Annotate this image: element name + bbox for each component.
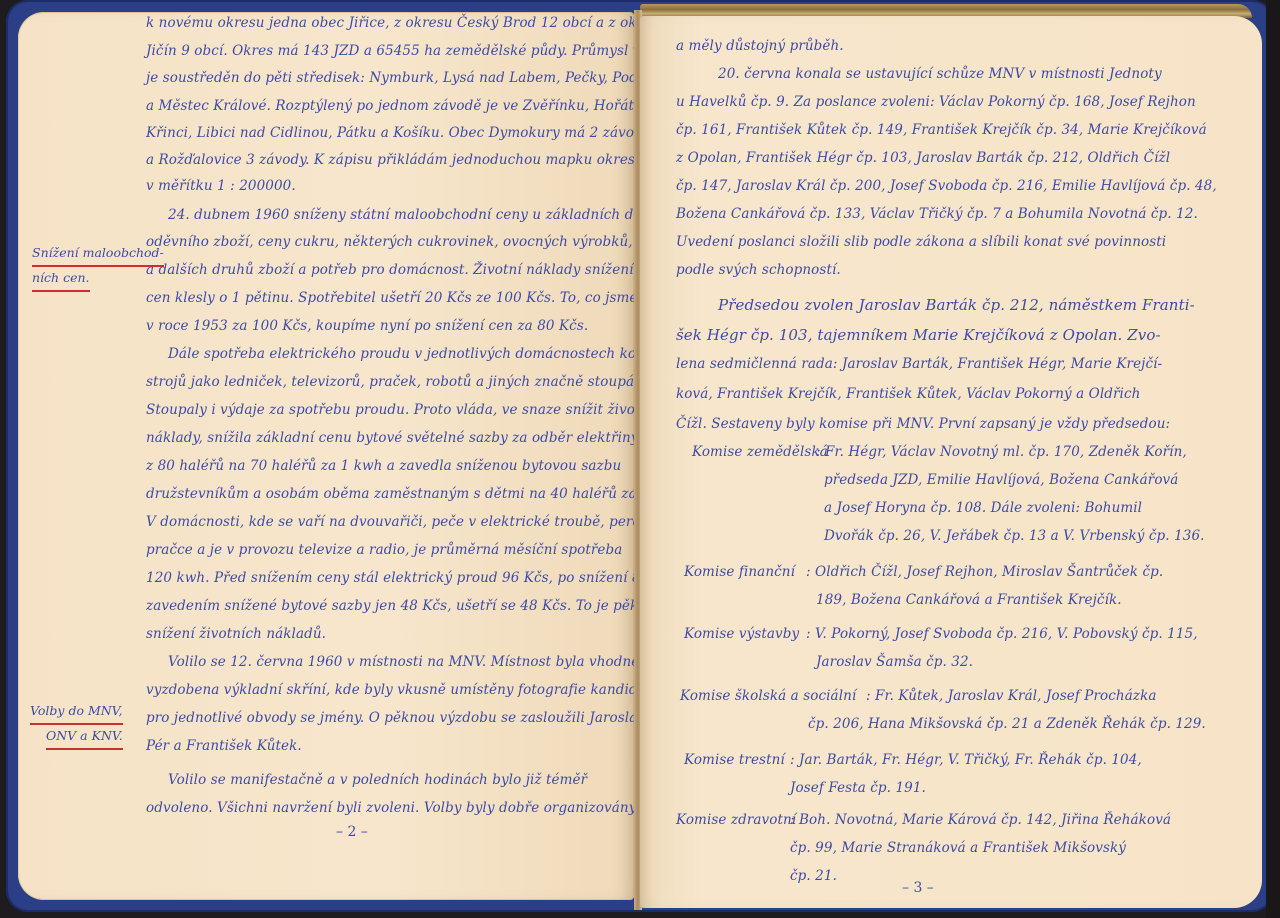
text-line: V domácnosti, kde se vaří na dvouvařiči,…: [146, 514, 662, 530]
text-line: cen klesly o 1 pětinu. Spotřebitel ušetř…: [146, 290, 689, 306]
text-line: pračce a je v provozu televize a radio, …: [146, 542, 622, 558]
committee-members: čp. 21.: [790, 868, 837, 884]
committee-label: Komise zdravotní: [676, 812, 796, 828]
background-edge: [1266, 0, 1280, 918]
committee-members: : V. Pokorný, Josef Svoboda čp. 216, V. …: [806, 626, 1198, 642]
committee-members: Jaroslav Šamša čp. 32.: [816, 654, 973, 670]
margin-note-line: Snížení maloobchod-: [32, 242, 164, 267]
text-line: z 80 haléřů na 70 haléřů za 1 kwh a zave…: [146, 458, 621, 474]
committee-members: čp. 99, Marie Stranáková a František Mik…: [790, 840, 1126, 856]
margin-note-line: ONV a KNV.: [46, 725, 123, 750]
text-line: a měly důstojný průběh.: [676, 38, 844, 54]
committee-members: : Oldřich Čížl, Josef Rejhon, Miroslav Š…: [806, 564, 1163, 580]
committee-members: a Josef Horyna čp. 108. Dále zvoleni: Bo…: [824, 500, 1142, 516]
committee-members: : Jar. Barták, Fr. Hégr, V. Třičký, Fr. …: [790, 752, 1142, 768]
text-line: ková, František Krejčík, František Kůtek…: [676, 386, 1140, 402]
text-line: družstevníkům a osobám oběma zaměstnaným…: [146, 486, 674, 502]
text-line: Stoupaly i výdaje za spotřebu proudu. Pr…: [146, 402, 654, 418]
text-line: náklady, snížila základní cenu bytové sv…: [146, 430, 639, 446]
text-line: Pér a František Kůtek.: [146, 738, 302, 754]
text-line: Uvedení poslanci složili slib podle záko…: [676, 234, 1166, 250]
committee-members: předseda JZD, Emilie Havlíjová, Božena C…: [824, 472, 1178, 488]
committee-label: Komise zemědělská: [692, 444, 828, 460]
text-line: Dále spotřeba elektrického proudu v jedn…: [168, 346, 687, 362]
committee-members: : Boh. Novotná, Marie Kárová čp. 142, Ji…: [790, 812, 1171, 828]
text-line: oděvního zboží, ceny cukru, některých cu…: [146, 234, 707, 250]
margin-note-price-reduction: Snížení maloobchod- ních cen.: [32, 242, 164, 292]
committee-members: čp. 206, Hana Mikšovská čp. 21 a Zdeněk …: [808, 716, 1206, 732]
left-page: Snížení maloobchod- ních cen. Volby do M…: [18, 12, 634, 900]
text-line: Volilo se manifestačně a v poledních hod…: [168, 772, 587, 788]
margin-note-line: Volby do MNV,: [30, 700, 123, 725]
margin-note-elections: Volby do MNV, ONV a KNV.: [30, 700, 123, 750]
committee-members: : Fr. Kůtek, Jaroslav Král, Josef Prochá…: [866, 688, 1157, 704]
page-number: – 3 –: [902, 880, 934, 896]
text-line: pro jednotlivé obvody se jmény. O pěknou…: [146, 710, 645, 726]
committee-members: Dvořák čp. 26, V. Jeřábek čp. 13 a V. Vr…: [824, 528, 1205, 544]
text-line: 20. června konala se ustavující schůze M…: [718, 66, 1162, 82]
committee-label: Komise školská a sociální: [680, 688, 856, 704]
text-line: v měřítku 1 : 200000.: [146, 178, 296, 194]
text-line: Čížl. Sestaveny byly komise při MNV. Prv…: [676, 416, 1170, 432]
text-line: čp. 161, František Kůtek čp. 149, Franti…: [676, 122, 1207, 138]
text-line: a Městec Králové. Rozptýlený po jednom z…: [146, 98, 651, 114]
committee-label: Komise finanční: [684, 564, 795, 580]
text-line: Jičín 9 obcí. Okres má 143 JZD a 65455 h…: [146, 43, 691, 59]
text-line: snížení životních nákladů.: [146, 626, 326, 642]
text-line: lena sedmičlenná rada: Jaroslav Barták, …: [676, 356, 1162, 372]
margin-note-line: ních cen.: [32, 267, 90, 292]
text-line: podle svých schopností.: [676, 262, 841, 278]
text-line: zavedením snížené bytové sazby jen 48 Kč…: [146, 598, 655, 614]
text-line: šek Hégr čp. 103, tajemníkem Marie Krejč…: [676, 326, 1161, 344]
text-line: u Havelků čp. 9. Za poslance zvoleni: Vá…: [676, 94, 1196, 110]
text-line: strojů jako ledniček, televizorů, praček…: [146, 374, 639, 390]
committee-members: : Fr. Hégr, Václav Novotný ml. čp. 170, …: [816, 444, 1187, 460]
committee-label: Komise výstavby: [684, 626, 799, 642]
text-line: je soustředěn do pěti středisek: Nymburk…: [146, 70, 689, 86]
text-line: v roce 1953 za 100 Kčs, koupíme nyní po …: [146, 318, 588, 334]
text-line: z Opolan, František Hégr čp. 103, Jarosl…: [676, 150, 1170, 166]
text-line: 120 kwh. Před snížením ceny stál elektri…: [146, 570, 683, 586]
text-line: Božena Cankářová čp. 133, Václav Třičký …: [676, 206, 1198, 222]
text-line: vyzdobena výkladní skříní, kde byly vkus…: [146, 682, 660, 698]
committee-members: 189, Božena Cankářová a František Krejčí…: [816, 592, 1122, 608]
text-line: Předsedou zvolen Jaroslav Barták čp. 212…: [718, 296, 1195, 314]
text-line: Křinci, Libici nad Cidlinou, Pátku a Koš…: [146, 125, 651, 141]
committee-members: Josef Festa čp. 191.: [790, 780, 926, 796]
text-line: odvoleno. Všichni navržení byli zvoleni.…: [146, 800, 636, 816]
committee-label: Komise trestní: [684, 752, 785, 768]
text-line: 24. dubnem 1960 sníženy státní maloobcho…: [168, 207, 666, 223]
text-line: a Rožďalovice 3 závody. K zápisu přiklád…: [146, 152, 644, 168]
text-line: k novému okresu jedna obec Jiřice, z okr…: [146, 15, 667, 31]
text-line: a dalších druhů zboží a potřeb pro domác…: [146, 262, 646, 278]
page-number: – 2 –: [336, 824, 368, 840]
text-line: Volilo se 12. června 1960 v místnosti na…: [168, 654, 639, 670]
right-page: a měly důstojný průběh. 20. června konal…: [640, 16, 1262, 908]
text-line: čp. 147, Jaroslav Král čp. 200, Josef Sv…: [676, 178, 1217, 194]
